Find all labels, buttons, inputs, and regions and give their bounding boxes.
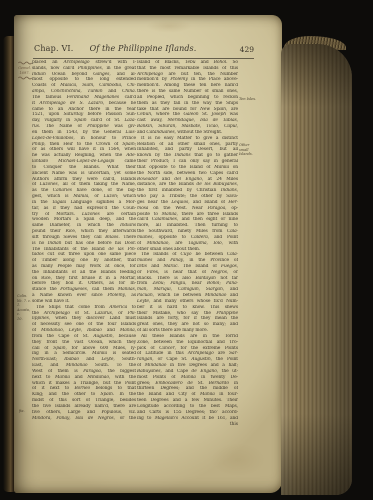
margin-note-text: 10.	[17, 317, 32, 322]
margin-note-text: Acosta, c.	[17, 308, 32, 317]
catchword: this	[137, 422, 238, 427]
margin-note-citation: Colin. lib. 7. c. 1. Acosta, c. 10.	[17, 294, 32, 321]
stain	[146, 19, 192, 33]
margin-note-handwritten: Gemel. 1697.	[17, 60, 32, 81]
margin-note-text: 1697.	[17, 71, 32, 76]
header-rule	[33, 58, 254, 59]
margin-note-other-islands: Other small Islands.	[239, 143, 269, 157]
chapter-label: Chap. VI.	[34, 44, 74, 53]
margin-note-small: fia.	[19, 409, 33, 413]
margin-note-text: lib. 7. c. 1.	[17, 299, 32, 308]
page-header: Chap. VI. Of the Phillippine Iſlands. 42…	[32, 44, 254, 58]
spine-edge	[3, 36, 14, 492]
page-number: 429	[240, 45, 254, 54]
left-column: placed an Archipelago strew'd with I-sla…	[32, 60, 136, 421]
book-page: Chap. VI. Of the Phillippine Iſlands. 42…	[14, 15, 282, 493]
page-title: Of the Phillippine Iſlands.	[72, 44, 214, 53]
margin-note-ten-isles: Ten Isles.	[239, 97, 269, 102]
ink-squiggle-icon	[18, 76, 32, 80]
stain	[210, 443, 266, 477]
ink-squiggle-icon	[18, 61, 32, 65]
right-column: Island of Blacks, Tebu and Bohol. Sothat…	[137, 60, 238, 421]
book-photo: Chap. VI. Of the Phillippine Iſlands. 42…	[0, 0, 373, 500]
fore-edge-pages	[281, 44, 352, 495]
text-line: ing to Magellan's Account it be 161, and	[137, 416, 238, 422]
margin-note-text: Islands.	[239, 152, 269, 157]
text-line: Mindora, Panay, Isla de Negros, or the	[32, 416, 136, 422]
margin-note-text: Gemel.	[17, 66, 32, 71]
